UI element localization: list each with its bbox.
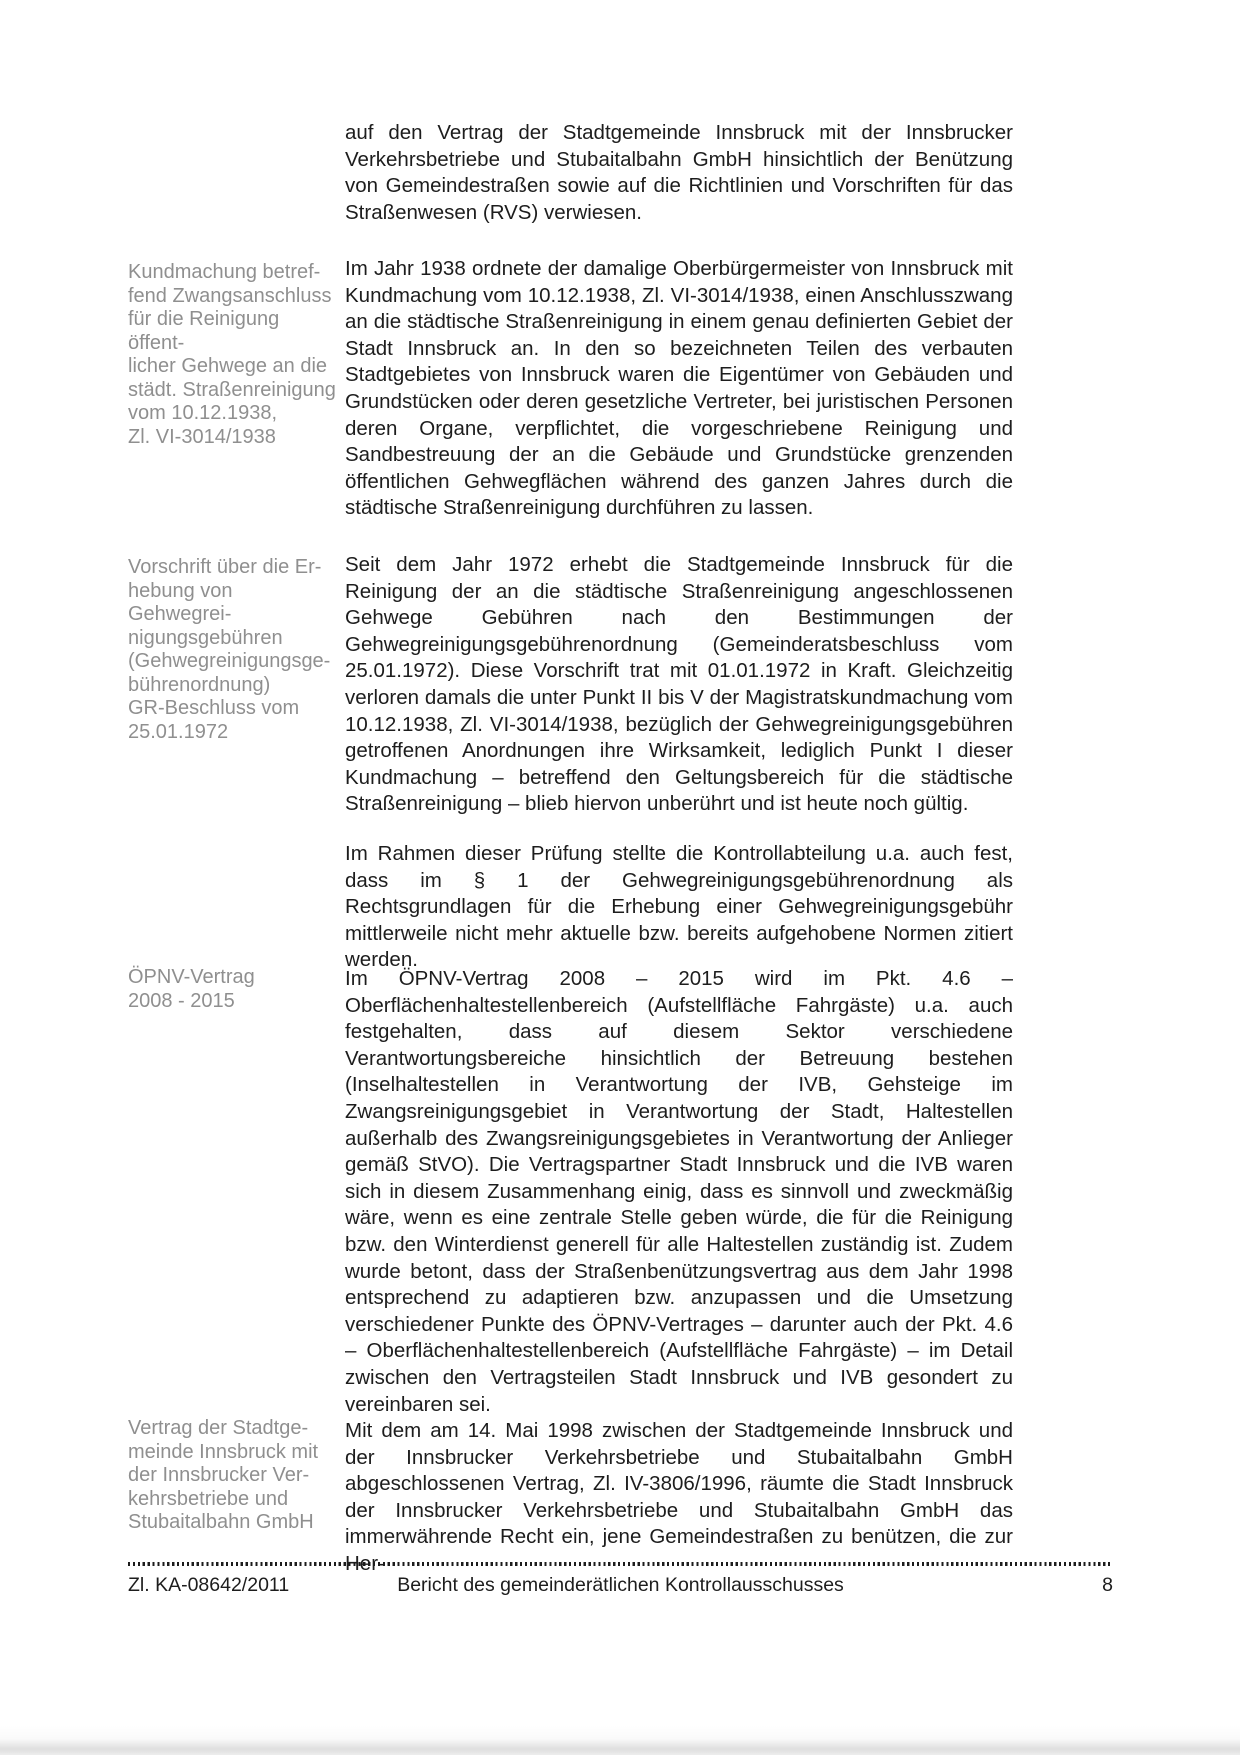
scan-artifact-bottom-shadow	[0, 1725, 1240, 1755]
footer-report-title: Bericht des gemeinderätlichen Kontrollau…	[397, 1574, 844, 1597]
margin-note-oepnv-vertrag: ÖPNV-Vertrag 2008 - 2015	[128, 966, 340, 1013]
footer-reference-number: Zl. KA-08642/2011	[128, 1574, 289, 1597]
paragraph-kundmachung-1938: Im Jahr 1938 ordnete der damalige Oberbü…	[345, 256, 1013, 522]
footer: Zl. KA-08642/2011 Bericht des gemeinderä…	[128, 1574, 1113, 1597]
footer-dotted-divider	[128, 1562, 1113, 1566]
margin-note-vertrag-stadtgemeinde: Vertrag der Stadtge- meinde Innsbruck mi…	[128, 1417, 340, 1535]
footer-page-number: 8	[1102, 1574, 1113, 1597]
paragraph-intro-vertrag-verweis: auf den Vertrag der Stadtgemeinde Innsbr…	[345, 120, 1013, 226]
document-page: Kundmachung betref- fend Zwangsanschluss…	[0, 0, 1240, 1755]
margin-note-kundmachung-1938: Kundmachung betref- fend Zwangsanschluss…	[128, 261, 340, 449]
paragraph-oepnv-vertrag: Im ÖPNV-Vertrag 2008 – 2015 wird im Pkt.…	[345, 966, 1013, 1418]
paragraph-vertrag-1998: Mit dem am 14. Mai 1998 zwischen der Sta…	[345, 1418, 1013, 1578]
margin-note-gehwegreinigungsgebuehren: Vorschrift über die Er- hebung von Gehwe…	[128, 556, 340, 744]
paragraph-gebuehren-1972: Seit dem Jahr 1972 erhebt die Stadtgemei…	[345, 552, 1013, 818]
paragraph-pruefung-feststellung: Im Rahmen dieser Prüfung stellte die Kon…	[345, 841, 1013, 974]
